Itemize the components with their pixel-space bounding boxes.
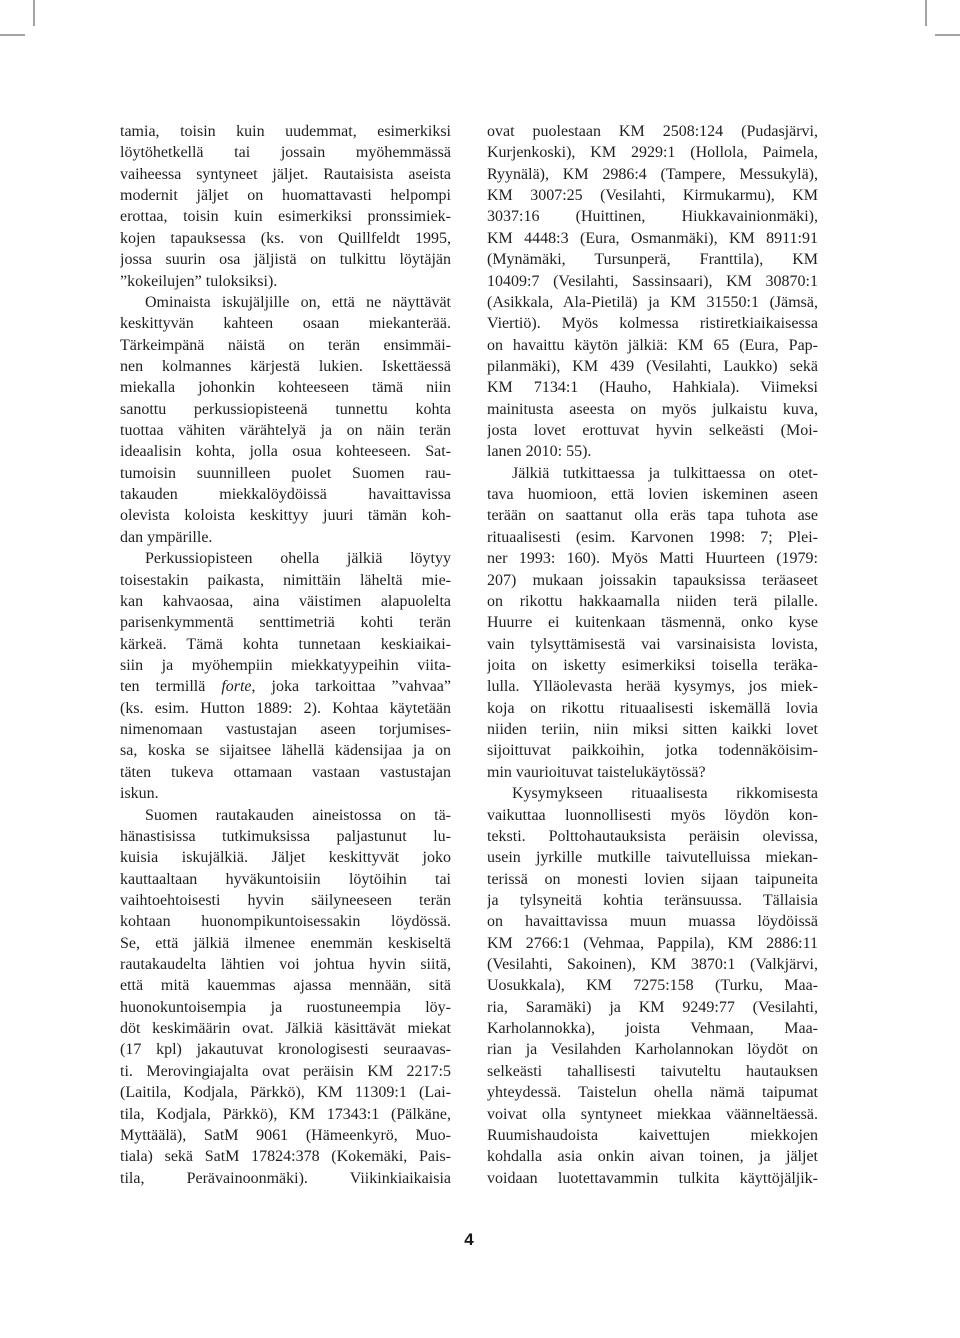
text-column-left: tamia, toisin kuin uudemmat, esimerkiksi… [120,121,451,1189]
text-line: tava huomioon, että lovien iskeminen ase… [487,484,818,505]
text-line: modernit jäljet on huomattavasti helpomp… [120,185,451,206]
text-line: pilanmäki), KM 439 (Vesilahti, Laukko) s… [487,356,818,377]
text-line: (ks. esim. Hutton 1889: 2). Kohtaa käyte… [120,698,451,719]
text-line: ner 1993: 160). Myös Matti Huurteen (197… [487,548,818,569]
text-line: rituaalisesti (esim. Karvonen 1998: 7; P… [487,527,818,548]
text-line: Se, että jälkiä ilmenee enemmän keskisel… [120,933,451,954]
text-line: Jälkiä tutkittaessa ja tulkittaessa on o… [487,463,818,484]
text-line: toisestakin paikasta, nimittäin läheltä … [120,570,451,591]
text-line: tila, Kodjala, Pärkkö), KM 17343:1 (Pälk… [120,1104,451,1125]
text-line: täten tukeva ottamaan vastaan vastustaja… [120,762,451,783]
text-line: min vaurioituvat taistelukäytössä? [487,762,818,783]
text-line: nen kolmannes kärjestä lukien. Iskettäes… [120,356,451,377]
text-line: josta lovet erottuvat hyvin selkeästi (M… [487,420,818,441]
text-line: erottaa, toisin kuin esimerkiksi pronssi… [120,206,451,227]
text-line: on havaittavissa muun muassa löydöissä [487,911,818,932]
text-line: parisenkymmentä senttimetriä kohti terän [120,612,451,633]
text-line: nimenomaan vastustajan aseen torjumises- [120,719,451,740]
text-line: takauden miekkalöydöissä havaittavissa [120,484,451,505]
text-line: (Laitila, Kodjala, Pärkkö), KM 11309:1 (… [120,1082,451,1103]
text-line: ten termillä forte, joka tarkoittaa ”vah… [120,676,451,697]
text-line: on rikottu hakkaamalla niiden terä pilal… [487,591,818,612]
text-line: sijoittuvat paikkoihin, jotka todennäköi… [487,740,818,761]
text-line: siin ja myöhempiin miekkatyypeihin viita… [120,655,451,676]
text-line: iskun. [120,783,451,804]
text-line: terään on saattanut olla eräs tapa tuhot… [487,505,818,526]
text-line: (Asikkala, Ala-Pietilä) ja KM 31550:1 (J… [487,292,818,313]
text-line: ideaalisin kohta, jolla osua kohteeseen.… [120,441,451,462]
text-line: on havaittu käytön jälkiä: KM 65 (Eura, … [487,335,818,356]
text-line: Ominaista iskujäljille on, että ne näytt… [120,292,451,313]
text-line: vaihtoehtoisesti hyvin säilyneeseen terä… [120,890,451,911]
text-line: 3037:16 (Huittinen, Hiukkavainionmäki), [487,206,818,227]
text-line: lanen 2010: 55). [487,441,818,462]
text-line: miekalla johonkin kohteeseen tämä niin [120,377,451,398]
crop-mark-top-right-horizontal [935,34,960,36]
text-line: olevista koloista keskittyy juuri tämän … [120,505,451,526]
text-line: Perkussiopisteen ohella jälkiä löytyy [120,548,451,569]
text-line: Karholannokka), joista Vehmaan, Maa- [487,1018,818,1039]
text-line: lulla. Ylläolevasta herää kysymys, jos m… [487,676,818,697]
text-line: huonokuntoisempia ja ruostuneempia löy- [120,997,451,1018]
text-line: tamia, toisin kuin uudemmat, esimerkiksi [120,121,451,142]
text-line: kuisia iskujälkiä. Jäljet keskittyvät jo… [120,847,451,868]
text-line: keskittyvän kahteen osaan miekanterää. [120,313,451,334]
text-line: Kysymykseen rituaalisesta rikkomisesta [487,783,818,804]
text-line: vain tylsyttämisestä vai varsinaisista l… [487,634,818,655]
text-line: hänastisissa tutkimuksissa paljastunut l… [120,826,451,847]
crop-mark-top-left-horizontal [0,34,25,36]
text-line: joita on isketty esimerkiksi toisella te… [487,655,818,676]
text-line: KM 2766:1 (Vehmaa, Pappila), KM 2886:11 [487,933,818,954]
text-line: ”kokeilujen” tuloksiksi). [120,271,451,292]
text-line: tiala) sekä SatM 17824:378 (Kokemäki, Pa… [120,1146,451,1167]
text-line: tuottaa vähiten värähtelyä ja on näin te… [120,420,451,441]
text-line: rian ja Vesilahden Karholannokan löydöt … [487,1039,818,1060]
text-line: teksti. Polttohautauksista peräisin olev… [487,826,818,847]
text-line: vaikuttaa luonnollisesti myös löydön kon… [487,805,818,826]
text-line: 10409:7 (Vesilahti, Sassinsaari), KM 308… [487,271,818,292]
text-line: KM 4448:3 (Eura, Osmanmäki), KM 8911:91 [487,228,818,249]
text-line: ria, Saramäki) ja KM 9249:77 (Vesilahti, [487,997,818,1018]
text-line: Ruumishaudoista kaivettujen miekkojen [487,1125,818,1146]
text-line: kohtaan huonompikuntoisessakin löydössä. [120,911,451,932]
text-line: rautakaudelta lähtien voi johtua hyvin s… [120,954,451,975]
text-line: terissä on monesti lovien sijaan taipune… [487,869,818,890]
text-column-right: ovat puolestaan KM 2508:124 (Pudasjärvi,… [487,121,818,1189]
text-line: kan kahvaosaa, aina väistimen alapuolelt… [120,591,451,612]
text-line: Ryynälä), KM 2986:4 (Tampere, Messukylä)… [487,164,818,185]
text-line: koja on rikottu rituaalisesti iskemällä … [487,698,818,719]
text-line: Myttäälä), SatM 9061 (Hämeenkyrö, Muo- [120,1125,451,1146]
text-line: kauttaaltaan hyväkuntoisiin löytöihin ta… [120,869,451,890]
text-line: (Vesilahti, Sakoinen), KM 3870:1 (Valkjä… [487,954,818,975]
text-line: vaiheessa syntyneet jäljet. Rautaisista … [120,164,451,185]
text-line: löytöhetkellä tai jossain myöhemmässä [120,142,451,163]
text-line: Uosukkala), KM 7275:158 (Turku, Maa- [487,975,818,996]
crop-mark-top-right-vertical [925,0,927,26]
text-line: kojen tapauksessa (ks. von Quillfeldt 19… [120,228,451,249]
text-line: kohdalla asia onkin aivan toinen, ja jäl… [487,1146,818,1167]
text-line: voidaan luotettavammin tulkita käyttöjäl… [487,1168,818,1189]
text-line: usein jyrkille mutkille taivutelluissa m… [487,847,818,868]
text-line: kärkeä. Tämä kohta tunnetaan keskiaikai- [120,634,451,655]
text-line: Tärkeimpänä näistä on terän ensimmäi- [120,335,451,356]
text-line: (17 kpl) jakautuvat kronologisesti seura… [120,1039,451,1060]
text-line: döt keskimäärin ovat. Jälkiä käsittävät … [120,1018,451,1039]
text-line: sanottu perkussiopisteenä tunnettu kohta [120,399,451,420]
text-line: Kurjenkoski), KM 2929:1 (Hollola, Paimel… [487,142,818,163]
text-line: tila, Perävainoonmäki). Viikinkiaikaisia [120,1168,451,1189]
text-line: ti. Merovingiajalta ovat peräisin KM 221… [120,1061,451,1082]
document-page: tamia, toisin kuin uudemmat, esimerkiksi… [0,0,960,1338]
text-line: Huurre ei kuitenkaan täsmennä, onko kyse [487,612,818,633]
text-line: voivat olla syntyneet miekkaa väänneltäe… [487,1104,818,1125]
text-line: 207) mukaan joissakin tapauksissa teräas… [487,570,818,591]
text-line: (Mynämäki, Tursunperä, Franttila), KM [487,249,818,270]
text-line: sa, koska se sijaitsee lähellä kädensija… [120,740,451,761]
text-line: KM 7134:1 (Hauho, Hahkiala). Viimeksi [487,377,818,398]
text-line: mainitusta aseesta on myös julkaistu kuv… [487,399,818,420]
text-line: Suomen rautakauden aineistossa on tä- [120,805,451,826]
text-line: dan ympärille. [120,527,451,548]
text-line: jossa suurin osa jäljistä on tulkittu lö… [120,249,451,270]
text-line: KM 3007:25 (Vesilahti, Kirmukarmu), KM [487,185,818,206]
text-line: niiden teriin, niin miksi sitten kaikki … [487,719,818,740]
text-line: yhteydessä. Taistelun ohella nämä taipum… [487,1082,818,1103]
text-line: tumoisin suunnilleen puolet Suomen rau- [120,463,451,484]
text-line: että mitä kauemmas ajassa mennään, sitä [120,975,451,996]
text-line: ja tylsyneitä kohtia teränsuussa. Tällai… [487,890,818,911]
text-line: ovat puolestaan KM 2508:124 (Pudasjärvi, [487,121,818,142]
text-line: Viertiö). Myös kolmessa ristiretkiaikais… [487,313,818,334]
text-line: selkeästi tahallisesti taivuteltu hautau… [487,1061,818,1082]
page-number: 4 [120,1230,818,1250]
crop-mark-top-left-vertical [33,0,35,26]
